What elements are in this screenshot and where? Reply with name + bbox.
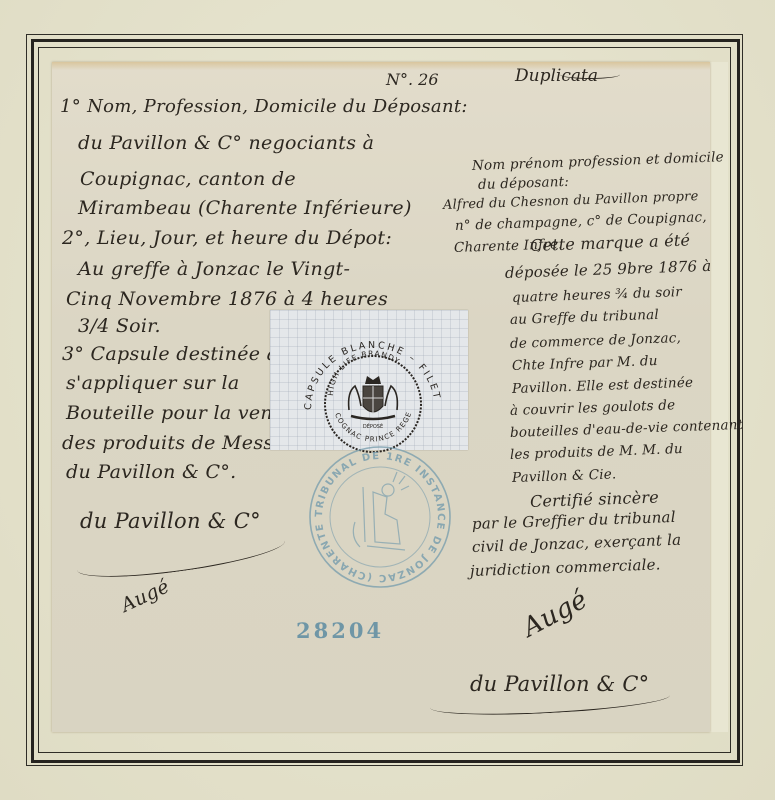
left-line: 1° Nom, Profession, Domicile du Déposant…	[60, 96, 468, 117]
stamped-registration-number: 28204	[296, 618, 384, 643]
left-line: du Pavillon & C°.	[66, 461, 237, 483]
court-stamp: TRIBUNAL DE 1RE INSTANCE DE JONZAC (CHAR…	[305, 442, 455, 592]
left-line: Cinq Novembre 1876 à 4 heures	[66, 288, 388, 310]
left-line: s'appliquer sur la	[66, 372, 239, 394]
left-line: Au greffe à Jonzac le Vingt-	[78, 258, 350, 280]
label-deposit-mark: DÉPOSÉ	[363, 422, 383, 430]
capsule-seal: CAPSULE BLANCHE – FILET OR. HIGH LIFE BR…	[293, 318, 453, 458]
left-line: Bouteille pour la vente	[66, 402, 292, 424]
left-line: Mirambeau (Charente Inférieure)	[78, 197, 412, 219]
left-line: Coupignac, canton de	[80, 168, 296, 190]
duplicata-underline	[560, 70, 620, 79]
right-line: du déposant:	[478, 174, 570, 193]
company-signature-left: du Pavillon & C°	[80, 509, 261, 533]
left-line: 2°, Lieu, Jour, et heure du Dépot:	[62, 227, 392, 249]
left-line: 3° Capsule destinée à	[62, 343, 278, 365]
left-line: du Pavillon & C° negociants à	[78, 132, 374, 154]
reference-number: N°. 26	[386, 70, 439, 89]
left-line: 3/4 Soir.	[78, 315, 161, 337]
